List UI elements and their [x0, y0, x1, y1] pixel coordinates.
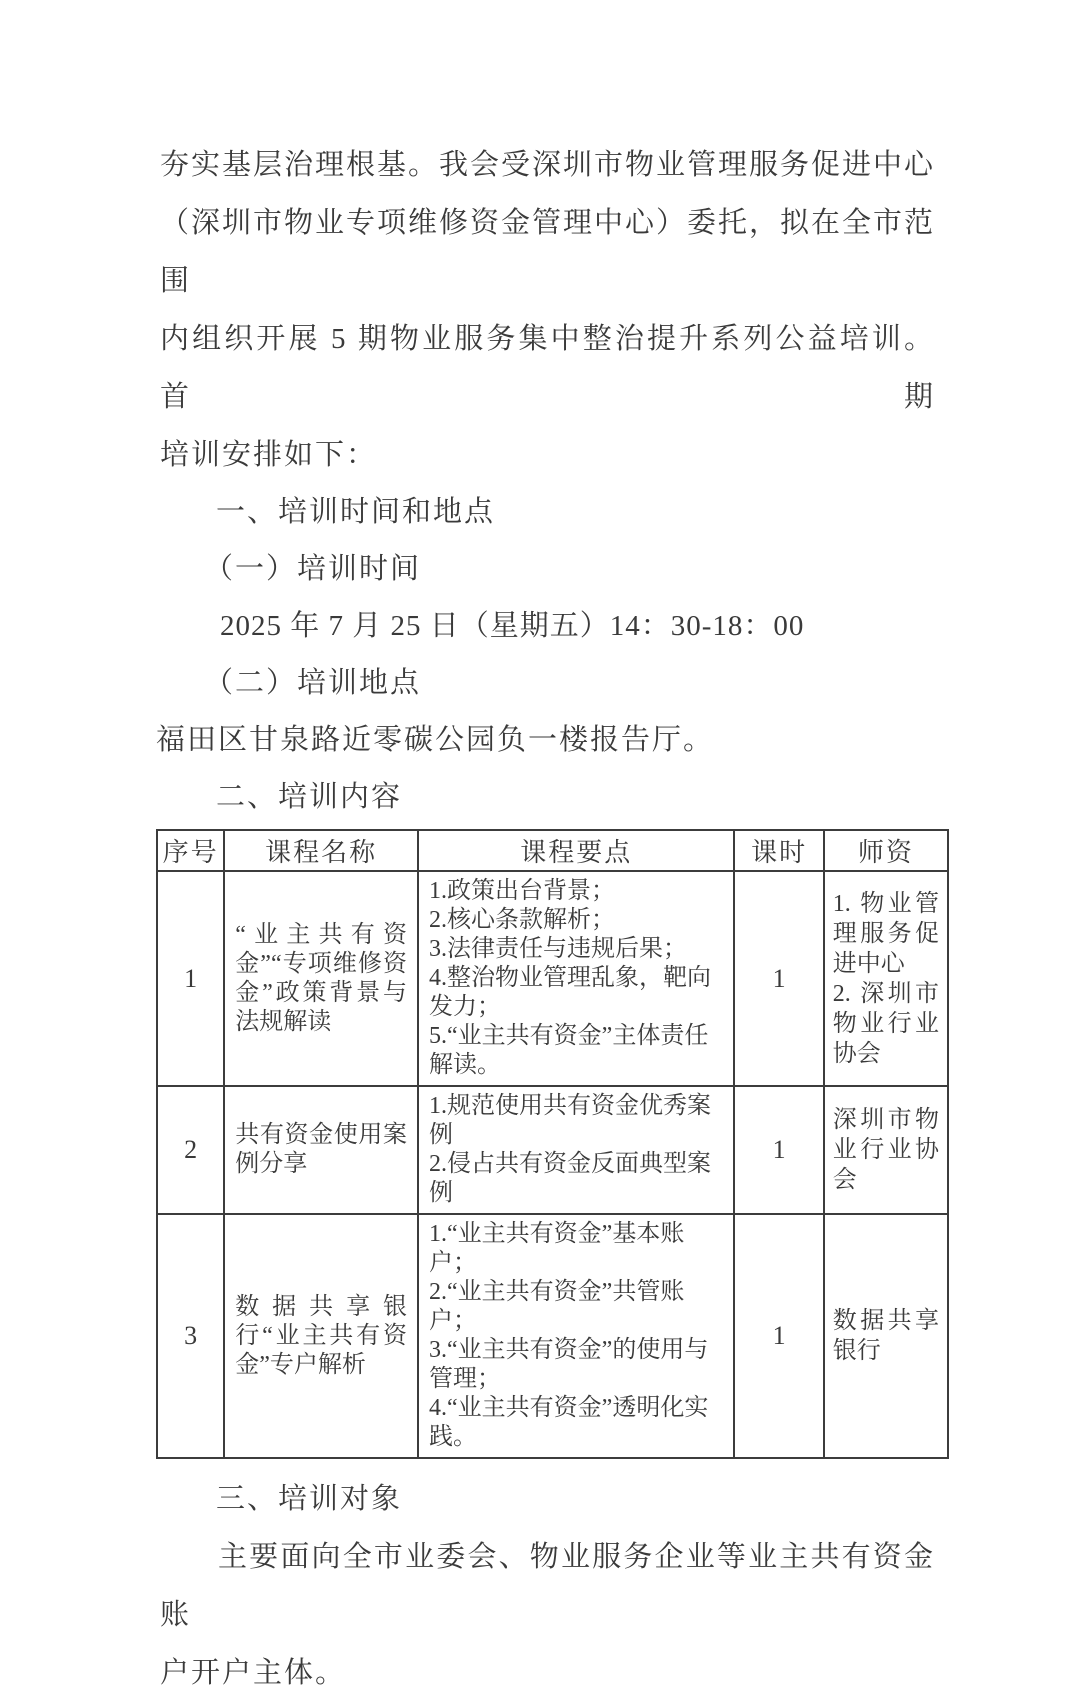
course-teachers: 1. 物业管理服务促进中心 2. 深圳市物业行业协会: [824, 871, 948, 1086]
intro-line: 内组织开展 5 期物业服务集中整治提升系列公益培训。首期: [160, 310, 935, 426]
teacher-item: 数据共享银行: [833, 1306, 939, 1366]
row-no: 1: [157, 871, 224, 1086]
intro-line: 夯实基层治理根基。我会受深圳市物业管理服务促进中心: [160, 136, 935, 194]
course-point: 3.“业主共有资金”的使用与管理；: [429, 1336, 725, 1394]
header-course-points: 课程要点: [418, 830, 734, 871]
course-hours: 1: [734, 1214, 823, 1458]
section1-heading: 一、培训时间和地点: [160, 484, 935, 541]
course-point: 1.政策出台背景；: [429, 877, 725, 906]
teacher-item: 深圳市物业行业协会: [833, 1105, 939, 1195]
row-no: 3: [157, 1214, 224, 1458]
course-row: 3 数据共享银行“业主共有资金”专户解析 1.“业主共有资金”基本账户； 2.“…: [157, 1214, 948, 1458]
section3-line: 主要面向全市业委会、物业服务企业等业主共有资金账: [160, 1528, 935, 1644]
course-point: 4.整治物业管理乱象，靶向发力；: [429, 964, 725, 1022]
course-name: 数据共享银行“业主共有资金”专户解析: [224, 1214, 418, 1458]
training-place-heading: （二）培训地点: [160, 655, 935, 712]
course-points: 1.规范使用共有资金优秀案例 2.侵占共有资金反面典型案例: [418, 1086, 734, 1214]
row-no: 2: [157, 1086, 224, 1214]
course-hours: 1: [734, 871, 823, 1086]
spacer: [160, 1459, 935, 1471]
course-point: 2.侵占共有资金反面典型案例: [429, 1150, 725, 1208]
course-teachers: 深圳市物业行业协会: [824, 1086, 948, 1214]
course-point: 2.核心条款解析；: [429, 906, 725, 935]
teacher-item: 1. 物业管理服务促进中心: [833, 889, 939, 979]
section3-heading: 三、培训对象: [160, 1471, 935, 1528]
document-page: 夯实基层治理根基。我会受深圳市物业管理服务促进中心 （深圳市物业专项维修资金管理…: [0, 0, 1080, 1528]
course-point: 4.“业主共有资金”透明化实践。: [429, 1394, 725, 1452]
course-name: “业主共有资金”“专项维修资金”政策背景与法规解读: [224, 871, 418, 1086]
course-points: 1.“业主共有资金”基本账户； 2.“业主共有资金”共管账户； 3.“业主共有资…: [418, 1214, 734, 1458]
course-name: 共有资金使用案例分享: [224, 1086, 418, 1214]
header-course-name: 课程名称: [224, 830, 418, 871]
header-no: 序号: [157, 830, 224, 871]
course-point: 2.“业主共有资金”共管账户；: [429, 1278, 725, 1336]
intro-line: （深圳市物业专项维修资金管理中心）委托，拟在全市范围: [160, 194, 935, 310]
section2-heading: 二、培训内容: [160, 769, 935, 826]
intro-paragraph: 夯实基层治理根基。我会受深圳市物业管理服务促进中心 （深圳市物业专项维修资金管理…: [160, 136, 935, 484]
course-point: 1.“业主共有资金”基本账户；: [429, 1220, 725, 1278]
section3-line: 户开户主体。: [160, 1644, 935, 1702]
training-place: 福田区甘泉路近零碳公园负一楼报告厅。: [160, 712, 935, 769]
course-points: 1.政策出台背景； 2.核心条款解析； 3.法律责任与违规后果； 4.整治物业管…: [418, 871, 734, 1086]
course-row: 1 “业主共有资金”“专项维修资金”政策背景与法规解读 1.政策出台背景； 2.…: [157, 871, 948, 1086]
course-point: 5.“业主共有资金”主体责任解读。: [429, 1022, 725, 1080]
teacher-item: 2. 深圳市物业行业协会: [833, 979, 939, 1069]
header-hours: 课时: [734, 830, 823, 871]
training-time-heading: （一）培训时间: [160, 541, 935, 598]
course-teachers: 数据共享银行: [824, 1214, 948, 1458]
section3-paragraph: 主要面向全市业委会、物业服务企业等业主共有资金账 户开户主体。: [160, 1528, 935, 1702]
training-time: 2025 年 7 月 25 日（星期五）14：30-18：00: [160, 598, 935, 655]
course-table: 序号 课程名称 课程要点 课时 师资 1 “业主共有资金”“专项维修资金”政策背…: [156, 829, 949, 1459]
course-point: 1.规范使用共有资金优秀案例: [429, 1092, 725, 1150]
header-teachers: 师资: [824, 830, 948, 871]
intro-line: 培训安排如下：: [160, 426, 935, 484]
course-point: 3.法律责任与违规后果；: [429, 935, 725, 964]
course-row: 2 共有资金使用案例分享 1.规范使用共有资金优秀案例 2.侵占共有资金反面典型…: [157, 1086, 948, 1214]
course-hours: 1: [734, 1086, 823, 1214]
course-table-header-row: 序号 课程名称 课程要点 课时 师资: [157, 830, 948, 871]
